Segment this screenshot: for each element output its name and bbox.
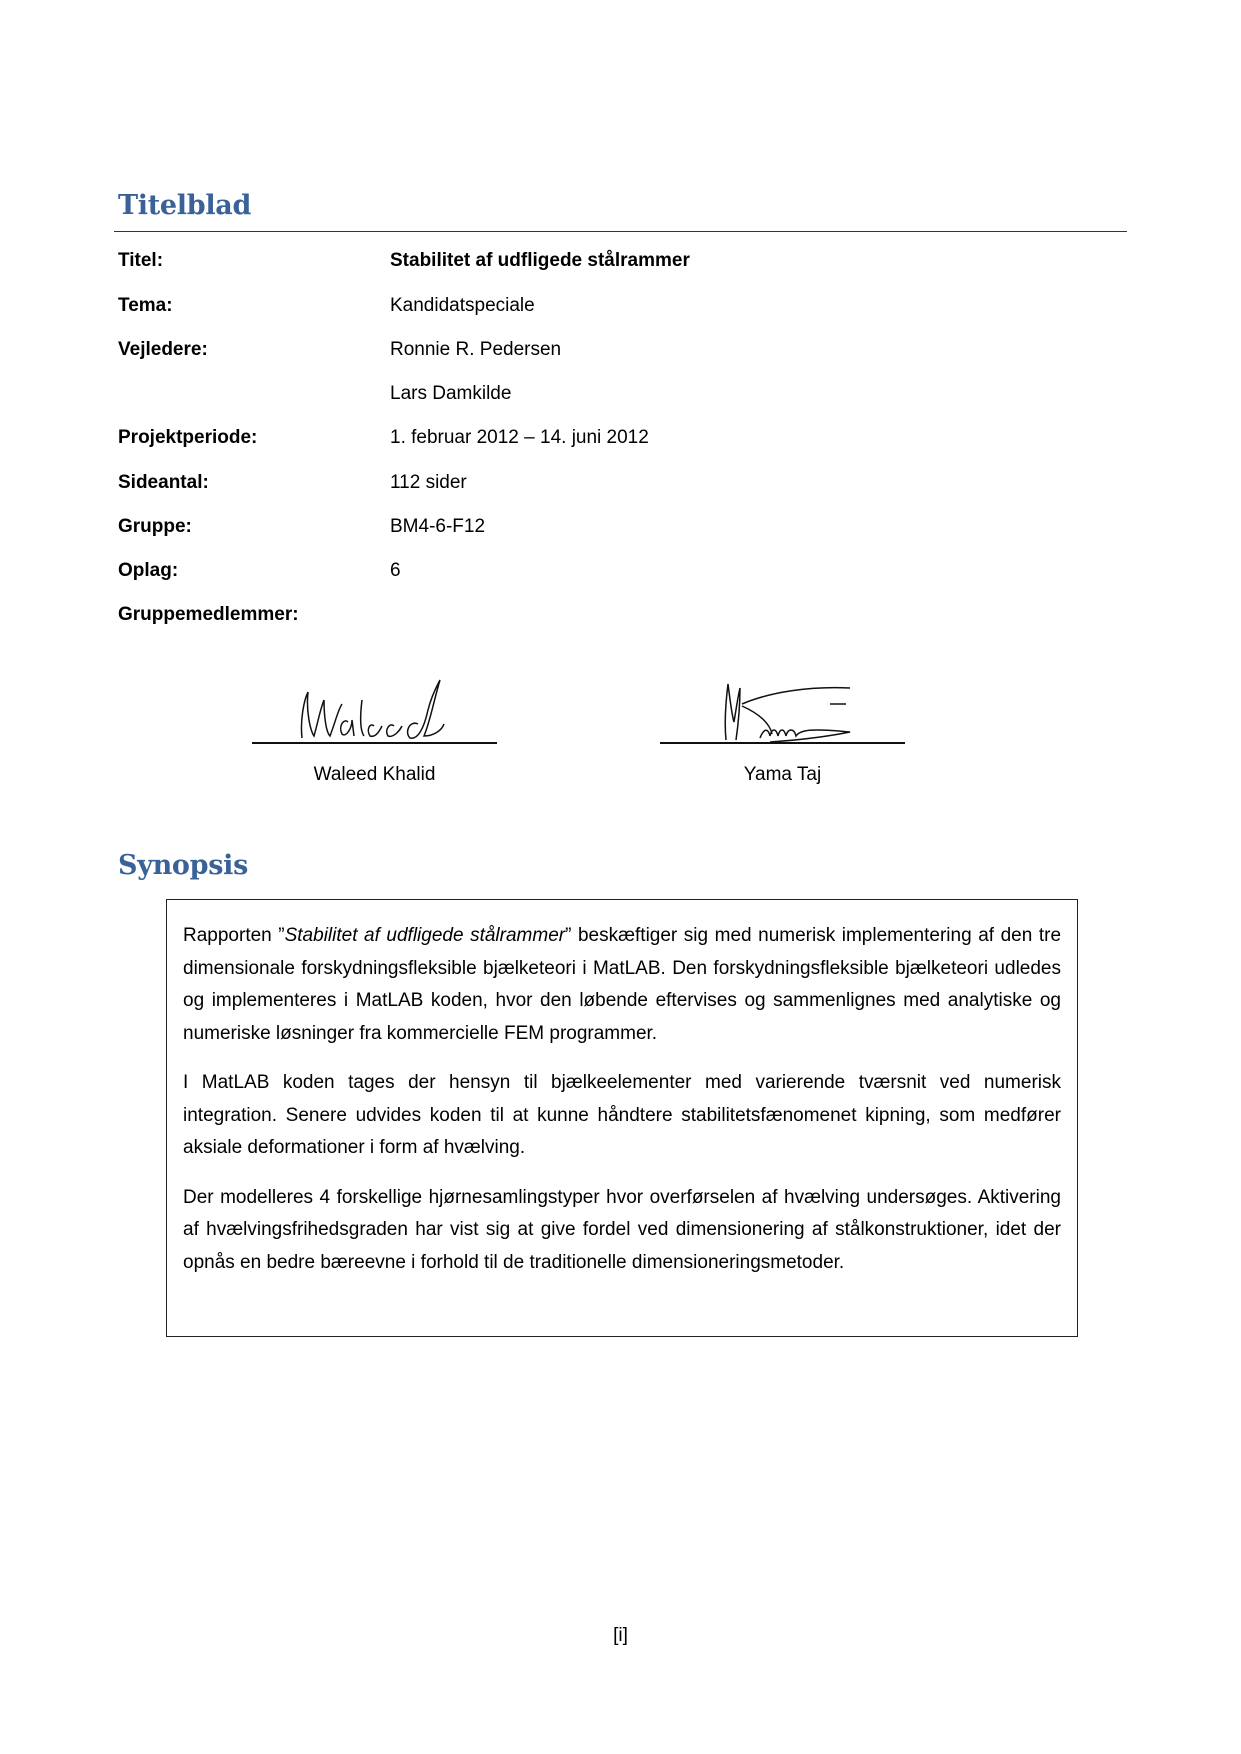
signature-waleed-icon	[252, 670, 497, 742]
info-value: Kandidatspeciale	[390, 295, 535, 317]
member-name: Waleed Khalid	[252, 764, 497, 786]
signature-block-yama: Yama Taj	[660, 670, 905, 786]
synopsis-paragraph-3: Der modelleres 4 forskellige hjørnesamli…	[183, 1182, 1061, 1280]
synopsis-text: Rapporten ”	[183, 925, 285, 946]
synopsis-heading: Synopsis	[118, 850, 248, 881]
info-value: 6	[390, 560, 401, 582]
signature-yama-icon	[660, 670, 905, 742]
info-label: Vejledere:	[118, 339, 378, 361]
info-value: 1. februar 2012 – 14. juni 2012	[390, 427, 649, 449]
member-name: Yama Taj	[660, 764, 905, 786]
page-number: [i]	[0, 1625, 1241, 1647]
info-label: Sideantal:	[118, 472, 378, 494]
info-value: BM4-6-F12	[390, 516, 485, 538]
info-label: Gruppe:	[118, 516, 378, 538]
info-label: Titel:	[118, 250, 378, 272]
info-value: Stabilitet af udfligede stålrammer	[390, 250, 690, 272]
synopsis-paragraph-1: Rapporten ”Stabilitet af udfligede stålr…	[183, 920, 1061, 1050]
info-value: 112 sider	[390, 472, 467, 494]
info-value: Ronnie R. Pedersen	[390, 339, 561, 361]
titelblad-heading: Titelblad	[118, 190, 251, 221]
signature-block-waleed: Waleed Khalid	[252, 670, 497, 786]
info-value: Lars Damkilde	[390, 383, 511, 405]
info-label: Oplag:	[118, 560, 378, 582]
heading-rule	[114, 231, 1127, 232]
signature-line	[660, 742, 905, 744]
synopsis-paragraph-2: I MatLAB koden tages der hensyn til bjæl…	[183, 1067, 1061, 1165]
info-label: Tema:	[118, 295, 378, 317]
signature-line	[252, 742, 497, 744]
report-title-italic: Stabilitet af udfligede stålrammer	[285, 925, 566, 946]
info-label: Gruppemedlemmer:	[118, 604, 378, 626]
info-label: Projektperiode:	[118, 427, 378, 449]
synopsis-box: Rapporten ”Stabilitet af udfligede stålr…	[166, 899, 1078, 1337]
